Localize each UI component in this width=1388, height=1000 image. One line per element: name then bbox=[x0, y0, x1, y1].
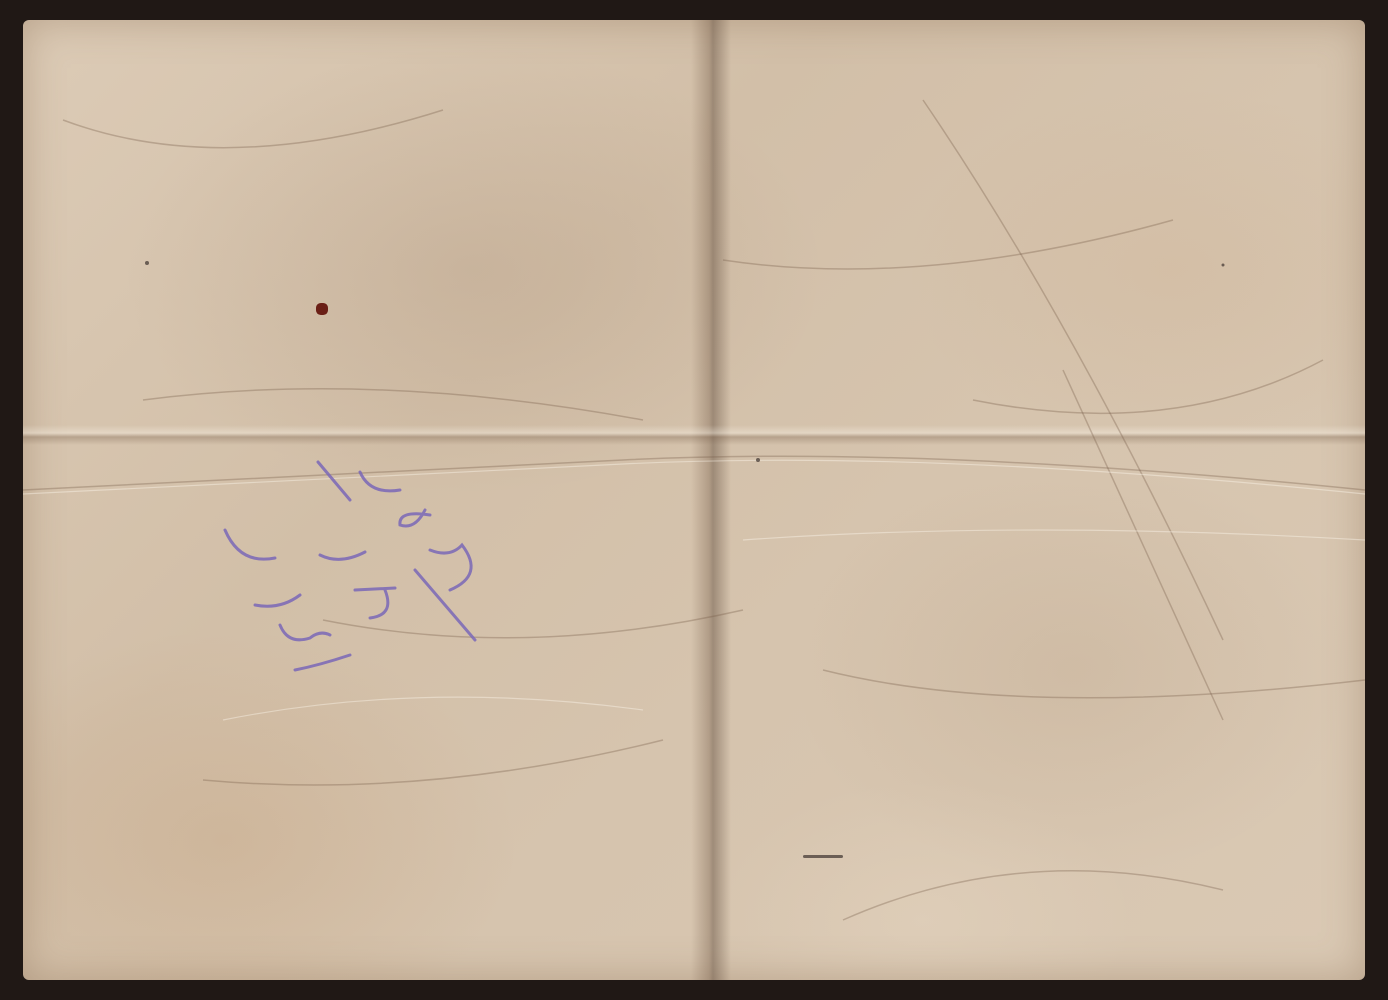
ink-stain bbox=[316, 303, 328, 315]
handwritten-marks bbox=[200, 440, 500, 700]
